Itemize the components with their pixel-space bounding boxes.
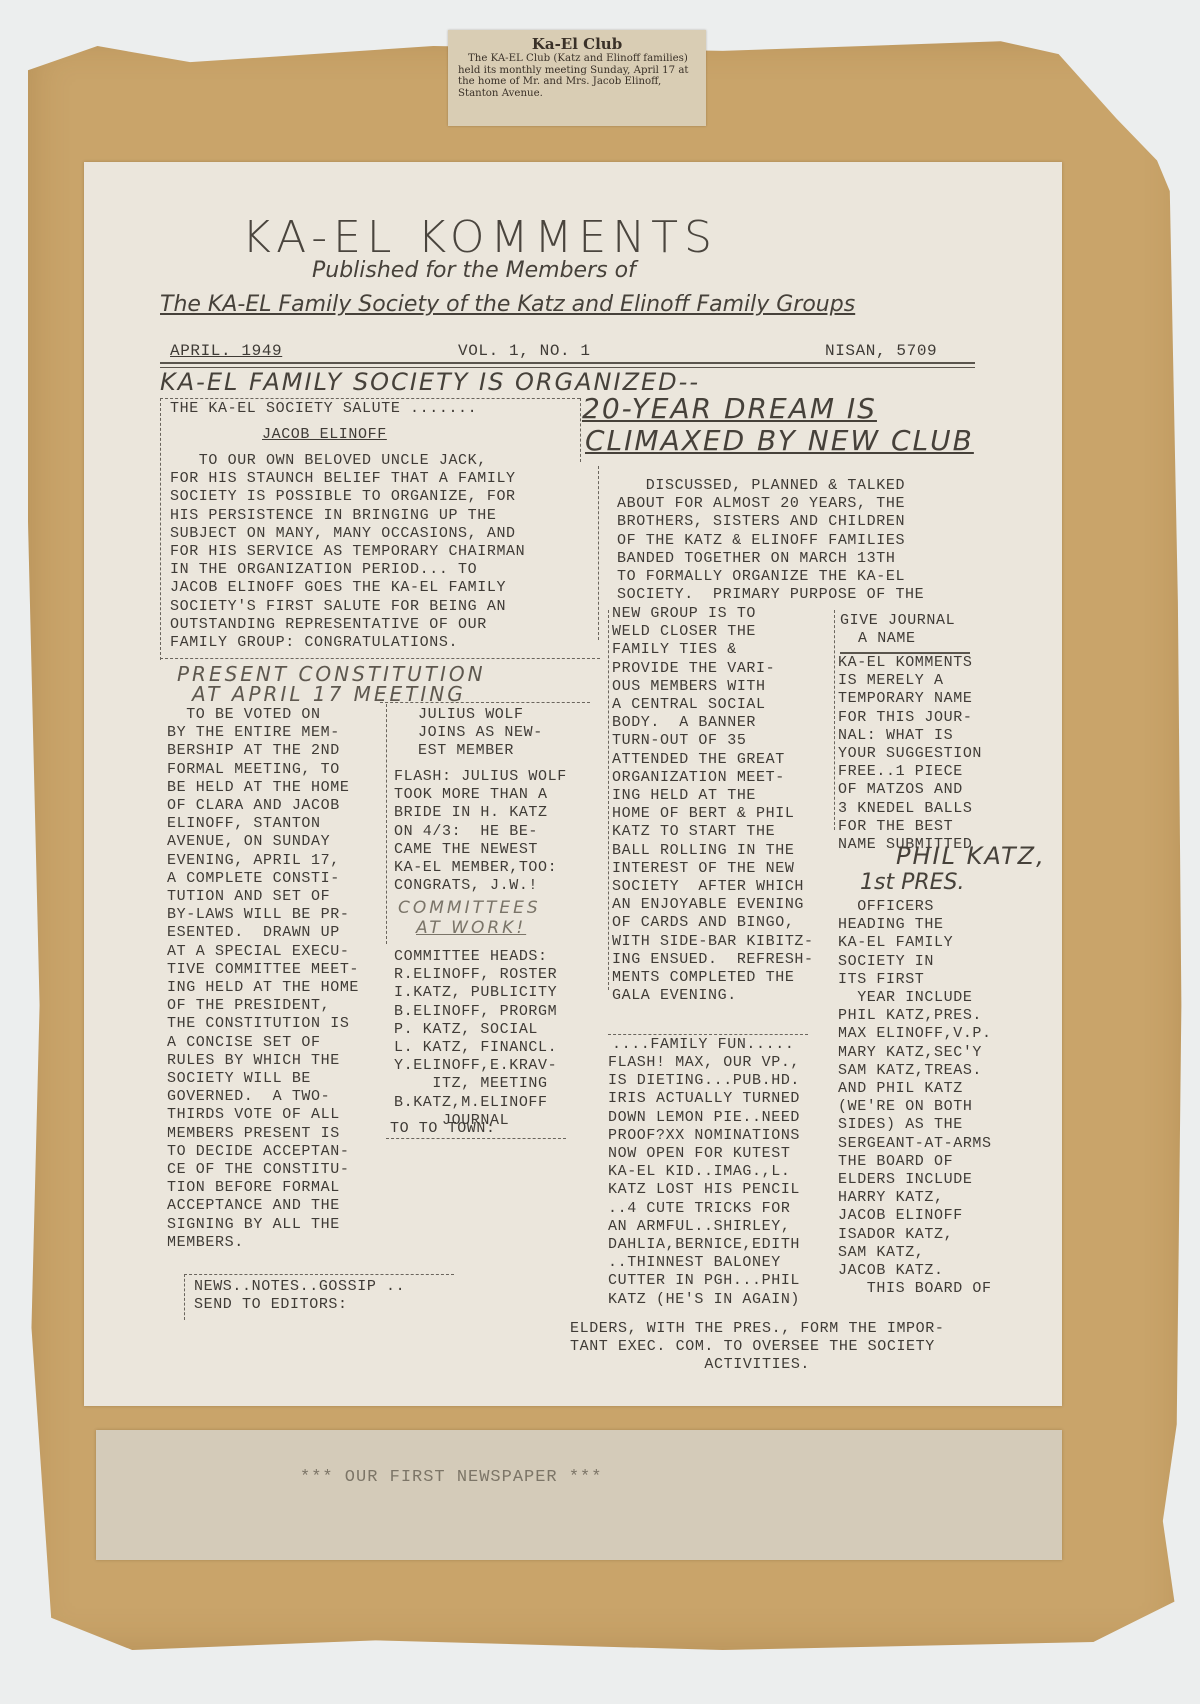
news-box-top — [184, 1274, 454, 1275]
news-box-line-2: SEND TO EDITORS: — [194, 1296, 348, 1314]
journal-heading-1: GIVE JOURNAL — [840, 612, 955, 630]
president-note-2: 1st PRES. — [860, 870, 965, 895]
family-fun-heading: ....FAMILY FUN..... — [612, 1036, 794, 1054]
bottom-slip — [96, 1430, 1062, 1560]
family-fun-body: FLASH! MAX, OUR VP., IS DIETING...PUB.HD… — [608, 1054, 800, 1309]
officers-closing: ELDERS, WITH THE PRES., FORM THE IMPOR- … — [570, 1320, 944, 1375]
issue-hebrew-date: NISAN, 5709 — [825, 342, 937, 360]
dream-headline-1: 20-YEAR DREAM IS — [582, 392, 877, 425]
newspaper-clipping: Ka-El Club The KA-EL Club (Katz and Elin… — [448, 30, 706, 126]
president-note-1: PHIL KATZ, — [896, 842, 1046, 870]
dream-column-rule — [598, 466, 599, 640]
salute-heading: THE KA-EL SOCIETY SALUTE ....... — [170, 400, 477, 418]
dream-body-full: DISCUSSED, PLANNED & TALKED ABOUT FOR AL… — [617, 477, 924, 604]
issue-date: APRIL. 1949 — [170, 342, 282, 360]
clipping-body: The KA-EL Club (Katz and Elinoff familie… — [458, 53, 696, 99]
family-fun-rule — [608, 1034, 808, 1035]
committees-footer: TO TO TOWN: — [390, 1120, 496, 1138]
constitution-body: TO BE VOTED ON BY THE ENTIRE MEM- BERSHI… — [167, 706, 359, 1252]
journal-heading-2: A NAME — [858, 630, 916, 648]
news-box-line-1: NEWS..NOTES..GOSSIP .. — [194, 1278, 405, 1296]
salute-box-top — [160, 398, 580, 399]
julius-heading: JULIUS WOLF JOINS AS NEW- EST MEMBER — [418, 706, 543, 761]
julius-box-left — [386, 704, 387, 944]
salute-box-left — [160, 398, 161, 660]
dream-box-left — [580, 398, 581, 462]
dream-body-narrow: NEW GROUP IS TO WELD CLOSER THE FAMILY T… — [612, 605, 814, 1005]
dream-narrow-rule — [608, 610, 609, 990]
constitution-headline-rule — [380, 702, 590, 703]
masthead-society-line: The KA-EL Family Society of the Katz and… — [160, 292, 855, 317]
masthead-title: KA-EL KOMMENTS — [242, 212, 718, 263]
dream-headline-2: CLIMAXED BY NEW CLUB — [585, 424, 974, 457]
salute-body: TO OUR OWN BELOVED UNCLE JACK, FOR HIS S… — [170, 452, 525, 652]
salute-name: JACOB ELINOFF — [262, 426, 387, 444]
committees-headline-2: AT WORK! — [416, 918, 526, 938]
salute-box-bottom — [160, 658, 600, 659]
journal-body: KA-EL KOMMENTS IS MERELY A TEMPORARY NAM… — [838, 654, 982, 854]
masthead-rule — [160, 362, 975, 364]
bottom-slip-caption: *** OUR FIRST NEWSPAPER *** — [300, 1468, 602, 1487]
clipping-title: Ka-El Club — [458, 36, 696, 53]
journal-box-left — [834, 610, 835, 830]
committees-body: COMMITTEE HEADS: R.ELINOFF, ROSTER I.KAT… — [394, 948, 557, 1130]
committees-footer-rule — [386, 1138, 566, 1139]
julius-body: FLASH: JULIUS WOLF TOOK MORE THAN A BRID… — [394, 768, 567, 895]
news-box-left — [184, 1274, 185, 1320]
masthead-subtitle: Published for the Members of — [312, 258, 636, 283]
officers-body: OFFICERS HEADING THE KA-EL FAMILY SOCIET… — [838, 898, 992, 1298]
committees-headline-1: COMMITTEES — [398, 898, 541, 918]
issue-volume: VOL. 1, NO. 1 — [458, 342, 591, 360]
